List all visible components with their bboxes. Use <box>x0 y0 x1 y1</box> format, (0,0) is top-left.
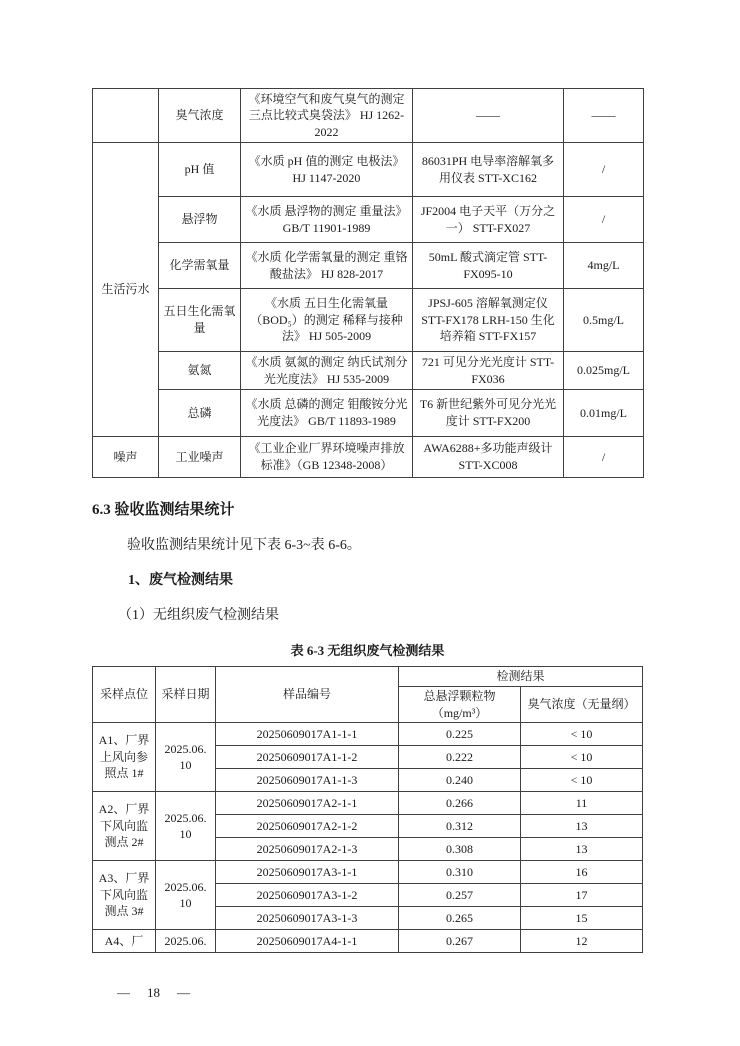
limit-cell: 0.01mg/L <box>564 390 644 437</box>
table-row: 生活污水 pH 值 《水质 pH 值的测定 电极法》 HJ 1147-2020 … <box>93 143 644 197</box>
table-row: A1、厂界上风向参照点 1# 2025.06. 10 20250609017A1… <box>93 723 643 746</box>
odor-value-cell: 11 <box>521 792 643 815</box>
gas-result-table: 采样点位 采样日期 样品编号 检测结果 总悬浮颗粒物 （mg/m³） 臭气浓度（… <box>92 666 643 953</box>
table-row: 五日生化需氧量 《水质 五日生化需氧量（BOD₅）的测定 稀释与接种法》 HJ … <box>93 289 644 352</box>
result-header: 检测结果 <box>399 667 643 687</box>
instrument-cell: 50mL 酸式滴定管 STT-FX095-10 <box>413 243 564 289</box>
odor-value-cell: < 10 <box>521 746 643 769</box>
parameter-cell: 总磷 <box>159 390 241 437</box>
page-number: — 18 — <box>117 985 190 1001</box>
category-cell: 噪声 <box>93 437 159 478</box>
category-cell <box>93 89 159 143</box>
sample-id-header: 样品编号 <box>216 667 399 723</box>
sampling-date-cell: 2025.06. 10 <box>156 792 216 861</box>
subsection-heading: 1、废气检测结果 <box>128 569 643 589</box>
sample-id-cell: 20250609017A3-1-3 <box>216 907 399 930</box>
sampling-point-cell: A1、厂界上风向参照点 1# <box>93 723 156 792</box>
table-row: 化学需氧量 《水质 化学需氧量的测定 重铬酸盐法》 HJ 828-2017 50… <box>93 243 644 289</box>
subsection-item: （1）无组织废气检测结果 <box>118 604 643 624</box>
sampling-point-cell: A2、厂界下风向监测点 2# <box>93 792 156 861</box>
instrument-cell: 86031PH 电导率溶解氧多用仪表 STT-XC162 <box>413 143 564 197</box>
instrument-cell: JPSJ-605 溶解氧测定仪 STT-FX178 LRH-150 生化培养箱 … <box>413 289 564 352</box>
sampling-point-header: 采样点位 <box>93 667 156 723</box>
sample-id-cell: 20250609017A1-1-1 <box>216 723 399 746</box>
tsp-value-cell: 0.225 <box>399 723 521 746</box>
odor-value-cell: < 10 <box>521 769 643 792</box>
method-cell: 《水质 化学需氧量的测定 重铬酸盐法》 HJ 828-2017 <box>241 243 413 289</box>
sample-id-cell: 20250609017A3-1-2 <box>216 884 399 907</box>
method-cell: 《水质 总磷的测定 钼酸铵分光光度法》 GB/T 11893-1989 <box>241 390 413 437</box>
instrument-cell: 721 可见分光光度计 STT-FX036 <box>413 352 564 390</box>
limit-cell: / <box>564 197 644 243</box>
sampling-date-header: 采样日期 <box>156 667 216 723</box>
sampling-point-cell: A3、厂界下风向监测点 3# <box>93 861 156 930</box>
tsp-value-cell: 0.266 <box>399 792 521 815</box>
tsp-value-cell: 0.240 <box>399 769 521 792</box>
footer-dash-right: — <box>177 985 190 1001</box>
tsp-value-cell: 0.265 <box>399 907 521 930</box>
table-row: A2、厂界下风向监测点 2# 2025.06. 10 20250609017A2… <box>93 792 643 815</box>
method-cell: 《水质 氨氮的测定 纳氏试剂分光光度法》 HJ 535-2009 <box>241 352 413 390</box>
parameter-cell: 氨氮 <box>159 352 241 390</box>
limit-cell: 4mg/L <box>564 243 644 289</box>
table-caption: 表 6-3 无组织废气检测结果 <box>92 640 643 659</box>
instrument-cell: AWA6288+多功能声级计 STT-XC008 <box>413 437 564 478</box>
sample-id-cell: 20250609017A2-1-1 <box>216 792 399 815</box>
instrument-cell: T6 新世纪紫外可见分光光度计 STT-FX200 <box>413 390 564 437</box>
tsp-value-cell: 0.308 <box>399 838 521 861</box>
tsp-value-cell: 0.310 <box>399 861 521 884</box>
odor-value-cell: 17 <box>521 884 643 907</box>
limit-cell: —— <box>564 89 644 143</box>
odor-value-cell: 16 <box>521 861 643 884</box>
parameter-cell: 化学需氧量 <box>159 243 241 289</box>
sample-id-cell: 20250609017A4-1-1 <box>216 930 399 953</box>
tsp-value-cell: 0.312 <box>399 815 521 838</box>
sampling-point-cell: A4、厂 <box>93 930 156 953</box>
table-row: A3、厂界下风向监测点 3# 2025.06. 10 20250609017A3… <box>93 861 643 884</box>
method-cell: 《环境空气和废气臭气的测定 三点比较式臭袋法》 HJ 1262-2022 <box>241 89 413 143</box>
limit-cell: 0.5mg/L <box>564 289 644 352</box>
table-row: A4、厂 2025.06. 20250609017A4-1-1 0.267 12 <box>93 930 643 953</box>
sample-id-cell: 20250609017A3-1-1 <box>216 861 399 884</box>
instrument-cell: JF2004 电子天平（万分之一） STT-FX027 <box>413 197 564 243</box>
sample-id-cell: 20250609017A1-1-2 <box>216 746 399 769</box>
parameter-cell: 工业噪声 <box>159 437 241 478</box>
tsp-value-cell: 0.222 <box>399 746 521 769</box>
sampling-date-cell: 2025.06. 10 <box>156 861 216 930</box>
footer-dash-left: — <box>117 985 130 1001</box>
table-row: 悬浮物 《水质 悬浮物的测定 重量法》 GB/T 11901-1989 JF20… <box>93 197 644 243</box>
instrument-cell: —— <box>413 89 564 143</box>
limit-cell: 0.025mg/L <box>564 352 644 390</box>
odor-value-cell: 12 <box>521 930 643 953</box>
monitoring-method-table: 臭气浓度 《环境空气和废气臭气的测定 三点比较式臭袋法》 HJ 1262-202… <box>92 88 644 478</box>
odor-header: 臭气浓度（无量纲） <box>521 687 643 723</box>
sample-id-cell: 20250609017A2-1-3 <box>216 838 399 861</box>
table-row: 总磷 《水质 总磷的测定 钼酸铵分光光度法》 GB/T 11893-1989 T… <box>93 390 644 437</box>
parameter-cell: 悬浮物 <box>159 197 241 243</box>
sampling-date-cell: 2025.06. <box>156 930 216 953</box>
method-cell: 《水质 悬浮物的测定 重量法》 GB/T 11901-1989 <box>241 197 413 243</box>
tsp-value-cell: 0.257 <box>399 884 521 907</box>
parameter-cell: 臭气浓度 <box>159 89 241 143</box>
odor-value-cell: 13 <box>521 838 643 861</box>
sample-id-cell: 20250609017A2-1-2 <box>216 815 399 838</box>
parameter-cell: 五日生化需氧量 <box>159 289 241 352</box>
document-page: 臭气浓度 《环境空气和废气臭气的测定 三点比较式臭袋法》 HJ 1262-202… <box>0 0 740 1046</box>
method-cell: 《水质 pH 值的测定 电极法》 HJ 1147-2020 <box>241 143 413 197</box>
table-row: 噪声 工业噪声 《工业企业厂界环境噪声排放标准》（GB 12348-2008） … <box>93 437 644 478</box>
section-paragraph: 验收监测结果统计见下表 6-3~表 6-6。 <box>127 534 643 554</box>
limit-cell: / <box>564 143 644 197</box>
odor-value-cell: 15 <box>521 907 643 930</box>
category-cell: 生活污水 <box>93 143 159 437</box>
section-heading: 6.3 验收监测结果统计 <box>92 498 643 519</box>
method-cell: 《水质 五日生化需氧量（BOD₅）的测定 稀释与接种法》 HJ 505-2009 <box>241 289 413 352</box>
tsp-header: 总悬浮颗粒物 （mg/m³） <box>399 687 521 723</box>
page-content: 臭气浓度 《环境空气和废气臭气的测定 三点比较式臭袋法》 HJ 1262-202… <box>92 88 643 953</box>
sampling-date-cell: 2025.06. 10 <box>156 723 216 792</box>
parameter-cell: pH 值 <box>159 143 241 197</box>
footer-page-number: 18 <box>147 985 160 1001</box>
sample-id-cell: 20250609017A1-1-3 <box>216 769 399 792</box>
table-header-row: 采样点位 采样日期 样品编号 检测结果 <box>93 667 643 687</box>
odor-value-cell: < 10 <box>521 723 643 746</box>
method-cell: 《工业企业厂界环境噪声排放标准》（GB 12348-2008） <box>241 437 413 478</box>
odor-value-cell: 13 <box>521 815 643 838</box>
limit-cell: / <box>564 437 644 478</box>
table-row: 臭气浓度 《环境空气和废气臭气的测定 三点比较式臭袋法》 HJ 1262-202… <box>93 89 644 143</box>
tsp-value-cell: 0.267 <box>399 930 521 953</box>
table-row: 氨氮 《水质 氨氮的测定 纳氏试剂分光光度法》 HJ 535-2009 721 … <box>93 352 644 390</box>
